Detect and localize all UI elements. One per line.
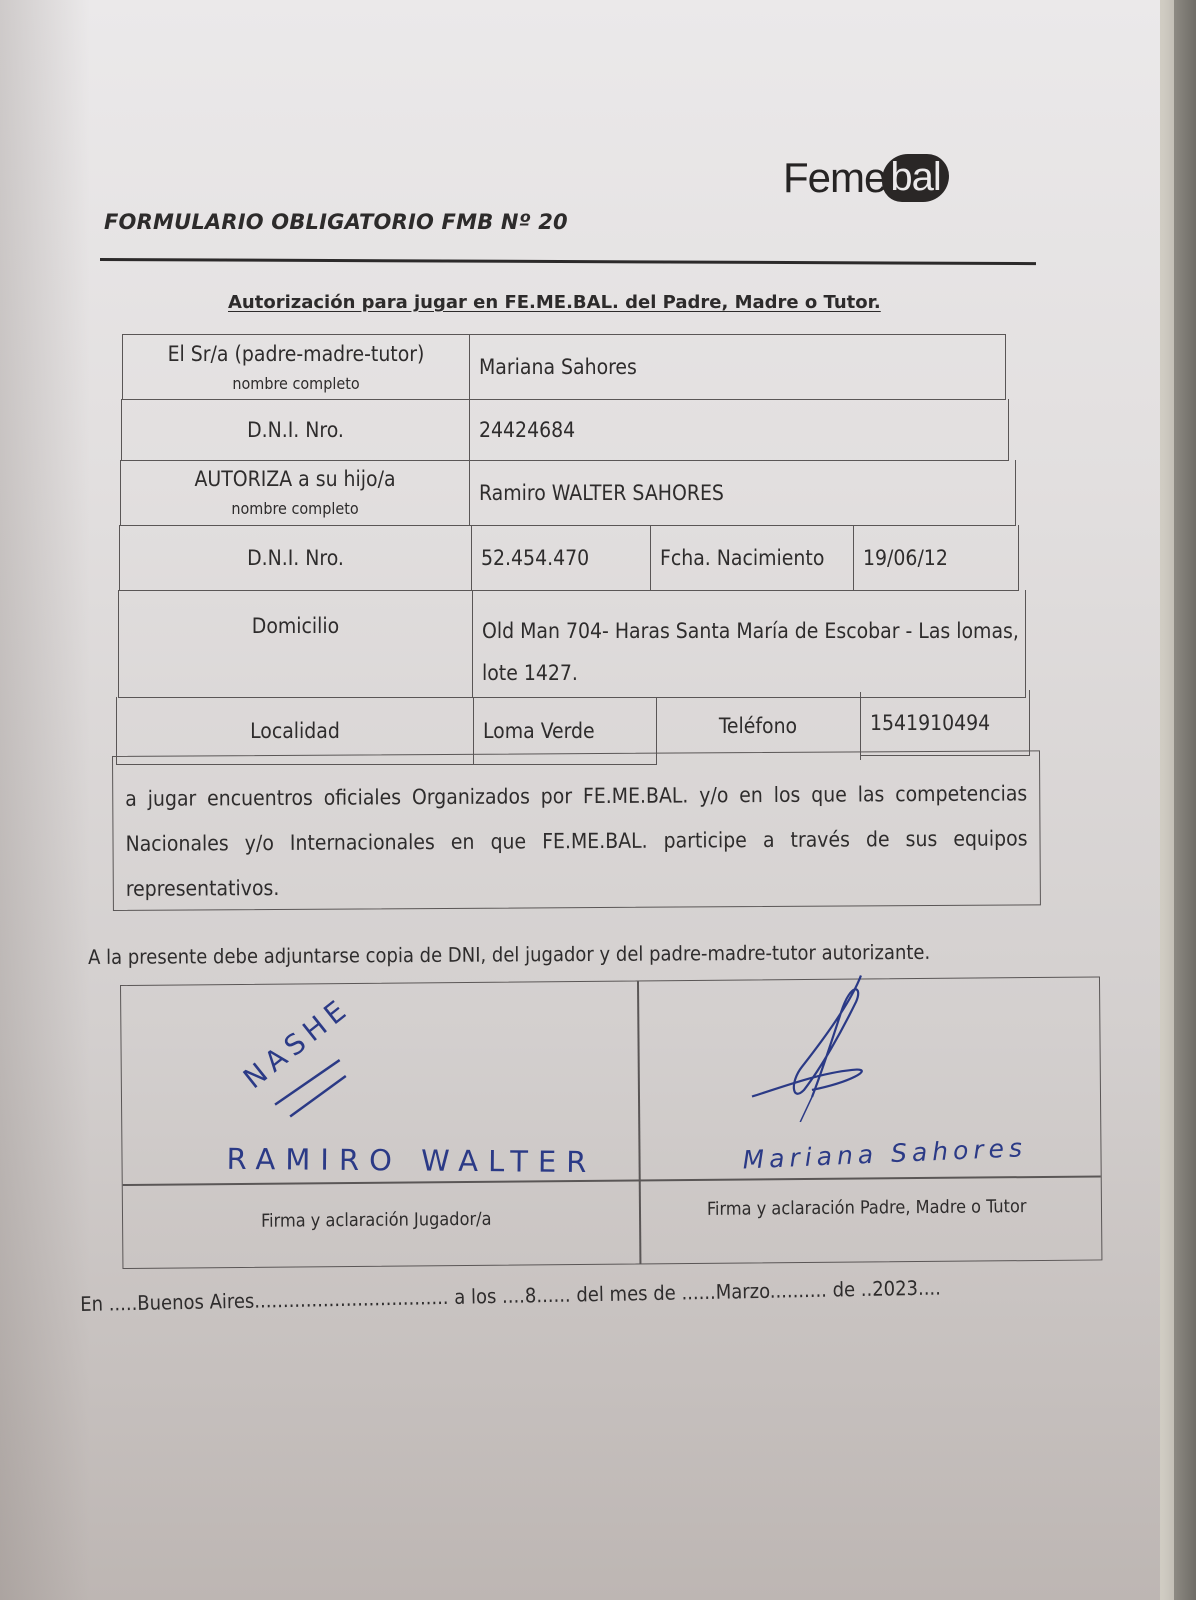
footer-month: Marzo bbox=[715, 1279, 769, 1304]
attachment-note: A la presente debe adjuntarse copia de D… bbox=[88, 940, 930, 969]
header-divider bbox=[100, 258, 1036, 265]
player-signature-caption: Firma y aclaración Jugador/a bbox=[261, 1209, 492, 1232]
child-name-cell: Ramiro WALTER SAHORES bbox=[469, 460, 1016, 526]
child-dni-label: D.N.I. Nro. bbox=[247, 546, 344, 570]
phone-label: Teléfono bbox=[719, 714, 797, 738]
phone-value: 1541910494 bbox=[870, 711, 990, 735]
birth-label: Fcha. Nacimiento bbox=[660, 546, 824, 570]
birth-date: 19/06/12 bbox=[863, 546, 948, 570]
phone-label-cell: Teléfono bbox=[656, 692, 861, 760]
child-dni-cell: 52.454.470 bbox=[471, 525, 651, 591]
footer-trailing-dots: .... bbox=[918, 1275, 941, 1299]
child-label: AUTORIZA a su hijo/a bbox=[194, 467, 395, 491]
parent-dni-label: D.N.I. Nro. bbox=[247, 418, 344, 442]
parent-name: Mariana Sahores bbox=[479, 355, 637, 379]
form-subtitle: Autorización para jugar en FE.ME.BAL. de… bbox=[228, 292, 881, 313]
child-dni-label-cell: D.N.I. Nro. bbox=[119, 525, 472, 591]
parent-dni-cell: 24424684 bbox=[469, 399, 1009, 461]
parent-dni: 24424684 bbox=[479, 418, 575, 442]
parent-signature bbox=[741, 971, 882, 1122]
form-title: FORMULARIO OBLIGATORIO FMB Nº 20 bbox=[104, 210, 568, 234]
parent-label: El Sr/a (padre-madre-tutor) bbox=[168, 342, 425, 366]
player-clarification: RAMIRO WALTER bbox=[226, 1142, 596, 1179]
address-label: Domicilio bbox=[252, 614, 339, 638]
address-cell: Old Man 704- Haras Santa María de Escoba… bbox=[472, 590, 1026, 698]
signature-divider-horizontal bbox=[123, 1175, 1101, 1185]
player-signature-underline bbox=[270, 1042, 361, 1123]
address-label-cell: Domicilio bbox=[118, 590, 473, 698]
place-date-line: En .....Buenos Aires....................… bbox=[80, 1272, 1100, 1316]
parent-sublabel: nombre completo bbox=[232, 374, 359, 393]
footer-city: Buenos Aires bbox=[137, 1289, 254, 1315]
locality-value: Loma Verde bbox=[483, 719, 595, 743]
parent-label-cell: El Sr/a (padre-madre-tutor) nombre compl… bbox=[122, 334, 470, 400]
logo-text: Feme bbox=[783, 154, 886, 202]
footer-de: .......... de .. bbox=[770, 1277, 873, 1303]
phone-cell: 1541910494 bbox=[860, 690, 1030, 756]
birth-date-cell: 19/06/12 bbox=[853, 525, 1019, 591]
surface-edge bbox=[1174, 0, 1196, 1600]
parent-signature-caption: Firma y aclaración Padre, Madre o Tutor bbox=[707, 1196, 1027, 1220]
parent-clarification: Mariana Sahores bbox=[742, 1133, 1028, 1174]
child-label-cell: AUTORIZA a su hijo/a nombre completo bbox=[120, 460, 470, 526]
child-name: Ramiro WALTER SAHORES bbox=[479, 481, 724, 505]
footer-year: 2023 bbox=[872, 1276, 918, 1301]
parent-dni-label-cell: D.N.I. Nro. bbox=[121, 399, 470, 461]
locality-label: Localidad bbox=[250, 719, 340, 743]
femebal-logo: Femebal bbox=[783, 148, 949, 208]
parent-name-cell: Mariana Sahores bbox=[469, 334, 1006, 400]
footer-day: 8 bbox=[525, 1283, 537, 1307]
address-value: Old Man 704- Haras Santa María de Escoba… bbox=[482, 610, 1025, 694]
logo-ball: bal bbox=[882, 154, 948, 202]
signature-table: NASHE RAMIRO WALTER Mariana Sahores Firm… bbox=[120, 976, 1102, 1269]
child-dni: 52.454.470 bbox=[481, 546, 589, 570]
birth-label-cell: Fcha. Nacimiento bbox=[650, 525, 854, 591]
footer-dots: .................................. bbox=[254, 1285, 449, 1313]
footer-a-los: a los .... bbox=[448, 1283, 525, 1308]
sheet-shadow bbox=[0, 0, 90, 1600]
footer-prefix: En ..... bbox=[80, 1291, 138, 1316]
footer-mes-de: ...... del mes de ...... bbox=[536, 1280, 716, 1307]
document-sheet: Femebal FORMULARIO OBLIGATORIO FMB Nº 20… bbox=[0, 0, 1160, 1600]
authorization-paragraph: a jugar encuentros oficiales Organizados… bbox=[112, 750, 1041, 911]
authorization-table: El Sr/a (padre-madre-tutor) nombre compl… bbox=[118, 334, 1030, 766]
child-sublabel: nombre completo bbox=[231, 499, 358, 518]
signature-divider-vertical bbox=[637, 981, 641, 1263]
